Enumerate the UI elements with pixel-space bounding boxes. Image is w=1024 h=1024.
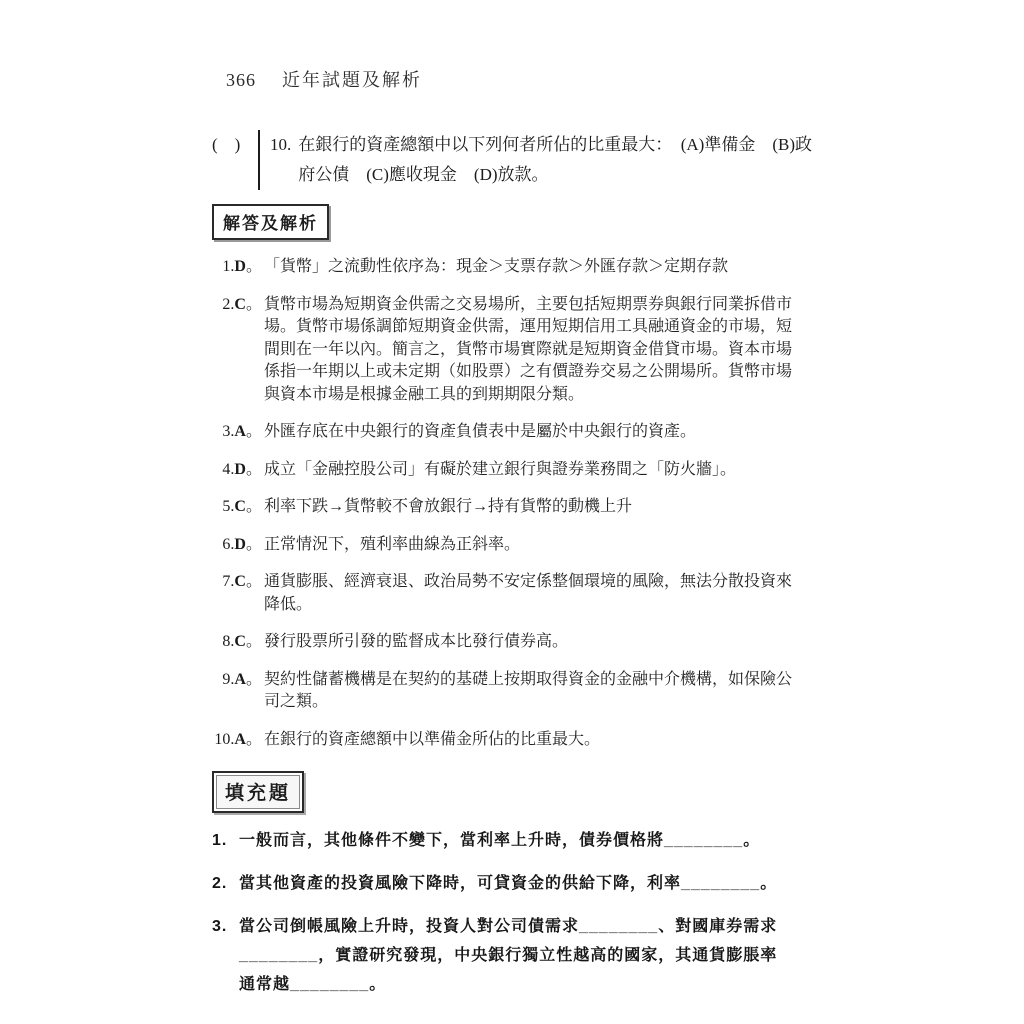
answer-item: 4.D。 成立「金融控股公司」有礙於建立銀行與證券業務間之「防火牆」。: [212, 459, 830, 482]
fill-heading-row: 填充題: [212, 771, 830, 813]
item-index: 8.: [222, 633, 234, 650]
answer-separator: 。: [246, 731, 262, 748]
answer-separator: 。: [246, 633, 262, 650]
question-number: 10.: [270, 130, 291, 190]
answer-number: 7.C。: [212, 571, 264, 616]
answer-number: 8.C。: [212, 631, 264, 654]
fill-item: 2. 當其他資產的投資風險下降時，可貸資金的供給下降，利率________。: [212, 869, 830, 898]
answer-item: 2.C。 貨幣市場為短期資金供需之交易場所，主要包括短期票券與銀行同業拆借市場。…: [212, 294, 830, 407]
fill-item-number: 1.: [212, 826, 239, 855]
answer-separator: 。: [246, 461, 262, 478]
answer-letter: A: [234, 671, 246, 688]
answer-number: 3.A。: [212, 421, 264, 444]
answer-separator: 。: [246, 573, 262, 590]
fill-item: 1. 一般而言，其他條件不變下，當利率上升時，債券價格將________。: [212, 826, 830, 855]
item-index: 1.: [222, 258, 234, 275]
answer-explanation: 通貨膨脹、經濟衰退、政治局勢不安定係整個環境的風險，無法分散投資來降低。: [264, 571, 801, 616]
answer-explanation: 成立「金融控股公司」有礙於建立銀行與證券業務間之「防火牆」。: [264, 459, 801, 482]
answer-item: 5.C。 利率下跌→貨幣較不會放銀行→持有貨幣的動機上升: [212, 496, 830, 519]
item-index: 2.: [222, 296, 234, 313]
page-number: 366: [226, 70, 256, 90]
fill-list: 1. 一般而言，其他條件不變下，當利率上升時，債券價格將________。 2.…: [212, 826, 830, 999]
fill-item-number: 3.: [212, 912, 239, 999]
answer-letter: C: [234, 573, 246, 590]
answer-explanation: 發行股票所引發的監督成本比發行債券高。: [264, 631, 801, 654]
answers-section-heading: 解答及解析: [212, 204, 329, 240]
question-block: ( ) 10. 在銀行的資產總額中以下列何者所佔的比重最大： (A)準備金 (B…: [212, 130, 830, 190]
answer-item: 6.D。 正常情況下，殖利率曲線為正斜率。: [212, 534, 830, 557]
answers-heading-row: 解答及解析: [212, 204, 830, 240]
answer-item: 3.A。 外匯存底在中央銀行的資產負債表中是屬於中央銀行的資產。: [212, 421, 830, 444]
answers-list: 1.D。 「貨幣」之流動性依序為：現金＞支票存款＞外匯存款＞定期存款 2.C。 …: [212, 256, 830, 751]
answer-item: 8.C。 發行股票所引發的監督成本比發行債券高。: [212, 631, 830, 654]
fill-item: 3. 當公司倒帳風險上升時，投資人對公司債需求________、對國庫券需求__…: [212, 912, 830, 999]
item-index: 6.: [222, 536, 234, 553]
answer-separator: 。: [246, 671, 262, 688]
fill-item-text: 當公司倒帳風險上升時，投資人對公司債需求________、對國庫券需求_____…: [239, 912, 779, 999]
answer-number: 9.A。: [212, 669, 264, 714]
answer-item: 7.C。 通貨膨脹、經濟衰退、政治局勢不安定係整個環境的風險，無法分散投資來降低…: [212, 571, 830, 616]
answer-letter: C: [234, 633, 246, 650]
answer-number: 10.A。: [212, 729, 264, 752]
answer-separator: 。: [246, 536, 262, 553]
answer-explanation: 貨幣市場為短期資金供需之交易場所，主要包括短期票券與銀行同業拆借市場。貨幣市場係…: [264, 294, 801, 407]
answer-separator: 。: [246, 296, 262, 313]
answer-explanation: 利率下跌→貨幣較不會放銀行→持有貨幣的動機上升: [264, 496, 801, 519]
question-body: 10. 在銀行的資產總額中以下列何者所佔的比重最大： (A)準備金 (B)政府公…: [258, 130, 818, 190]
book-page: 366近年試題及解析 ( ) 10. 在銀行的資產總額中以下列何者所佔的比重最大…: [0, 0, 830, 999]
item-index: 4.: [222, 461, 234, 478]
fill-section-heading: 填充題: [212, 771, 304, 813]
answer-separator: 。: [246, 498, 262, 515]
fill-item-number: 2.: [212, 869, 239, 898]
answer-letter: D: [234, 461, 246, 478]
answer-letter: D: [234, 258, 246, 275]
answer-letter: A: [234, 423, 246, 440]
question-text: 在銀行的資產總額中以下列何者所佔的比重最大： (A)準備金 (B)政府公債 (C…: [298, 130, 818, 190]
answer-explanation: 正常情況下，殖利率曲線為正斜率。: [264, 534, 801, 557]
item-index: 10.: [214, 731, 234, 748]
item-index: 7.: [222, 573, 234, 590]
answer-explanation: 外匯存底在中央銀行的資產負債表中是屬於中央銀行的資產。: [264, 421, 801, 444]
answer-letter: A: [234, 731, 246, 748]
answer-item: 9.A。 契約性儲蓄機構是在契約的基礎上按期取得資金的金融中介機構，如保險公司之…: [212, 669, 830, 714]
answer-explanation: 在銀行的資產總額中以準備金所佔的比重最大。: [264, 729, 801, 752]
item-index: 3.: [222, 423, 234, 440]
answer-number: 5.C。: [212, 496, 264, 519]
answer-letter: C: [234, 296, 246, 313]
answer-separator: 。: [246, 423, 262, 440]
answer-item: 1.D。 「貨幣」之流動性依序為：現金＞支票存款＞外匯存款＞定期存款: [212, 256, 830, 279]
answer-letter: C: [234, 498, 246, 515]
answer-number: 1.D。: [212, 256, 264, 279]
fill-item-text: 當其他資產的投資風險下降時，可貸資金的供給下降，利率________。: [239, 869, 779, 898]
answer-letter: D: [234, 536, 246, 553]
answer-separator: 。: [246, 258, 262, 275]
answer-number: 6.D。: [212, 534, 264, 557]
answer-item: 10.A。 在銀行的資產總額中以準備金所佔的比重最大。: [212, 729, 830, 752]
answer-number: 4.D。: [212, 459, 264, 482]
item-index: 9.: [222, 671, 234, 688]
answer-blank-marker: ( ): [212, 130, 258, 190]
page-header: 366近年試題及解析: [212, 70, 830, 90]
item-index: 5.: [222, 498, 234, 515]
page-header-title: 近年試題及解析: [282, 70, 422, 90]
fill-item-text: 一般而言，其他條件不變下，當利率上升時，債券價格將________。: [239, 826, 779, 855]
answer-number: 2.C。: [212, 294, 264, 407]
answer-explanation: 「貨幣」之流動性依序為：現金＞支票存款＞外匯存款＞定期存款: [264, 256, 801, 279]
answer-explanation: 契約性儲蓄機構是在契約的基礎上按期取得資金的金融中介機構，如保險公司之類。: [264, 669, 801, 714]
